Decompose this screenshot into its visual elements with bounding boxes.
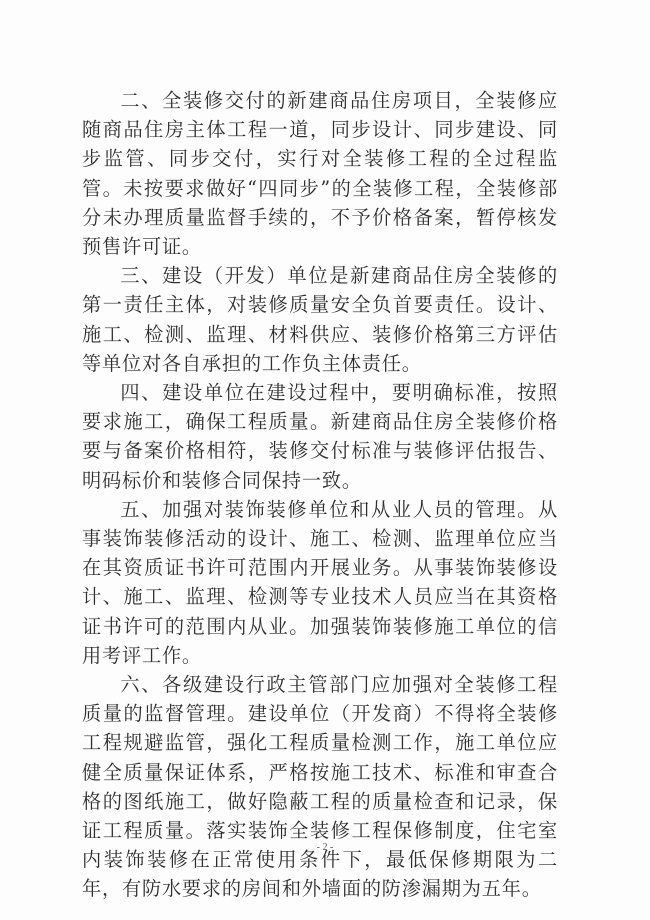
document-page: 二、全装修交付的新建商品住房项目，全装修应随商品住房主体工程一道，同步设计、同步… xyxy=(0,0,650,920)
page-number: - 2 - xyxy=(0,842,650,853)
paragraph-item-5: 五、加强对装饰装修单位和从业人员的管理。从事装饰装修活动的设计、施工、检测、监理… xyxy=(82,495,558,670)
paragraph-item-6: 六、各级建设行政主管部门应加强对全装修工程质量的监督管理。建设单位（开发商）不得… xyxy=(82,670,558,904)
paragraph-item-3: 三、建设（开发）单位是新建商品住房全装修的第一责任主体，对装修质量安全负首要责任… xyxy=(82,261,558,378)
paragraph-item-4: 四、建设单位在建设过程中，要明确标准，按照要求施工，确保工程质量。新建商品住房全… xyxy=(82,378,558,495)
document-body: 二、全装修交付的新建商品住房项目，全装修应随商品住房主体工程一道，同步设计、同步… xyxy=(82,86,558,904)
paragraph-item-2: 二、全装修交付的新建商品住房项目，全装修应随商品住房主体工程一道，同步设计、同步… xyxy=(82,86,558,261)
